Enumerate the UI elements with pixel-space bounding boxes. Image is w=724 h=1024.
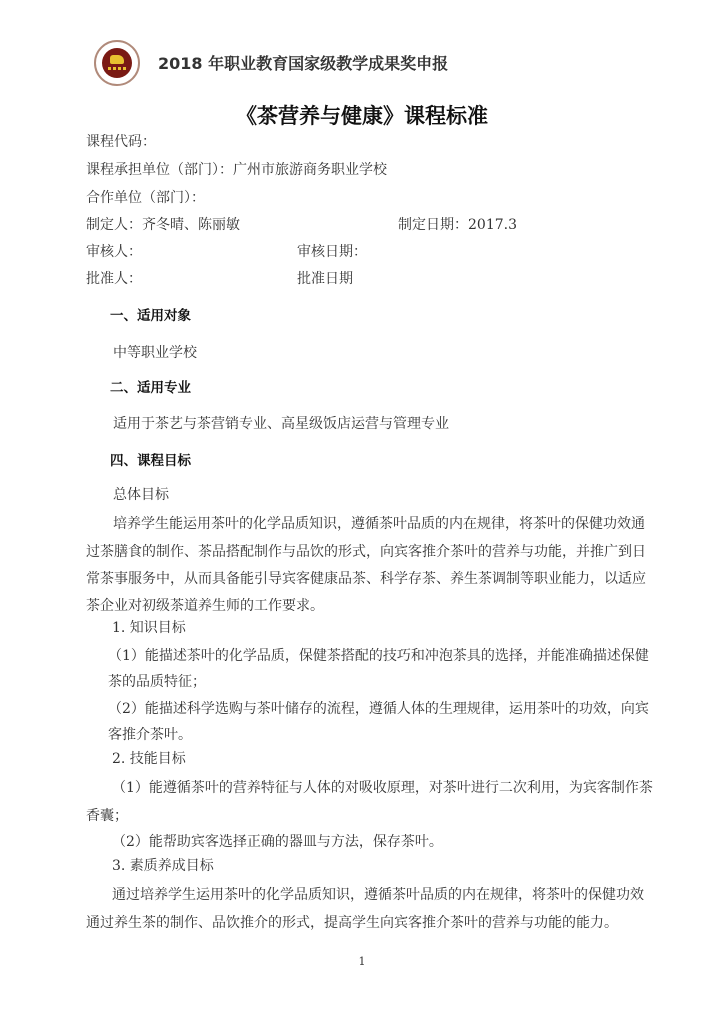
subsection-label: 1. 知识目标 [112, 617, 186, 637]
paragraph-line: （2）能帮助宾客选择正确的器皿与方法，保存茶叶。 [112, 831, 443, 851]
paragraph-line: 过茶膳食的制作、茶品搭配制作与品饮的形式，向宾客推介茶叶的营养与功能，并推广到日 [86, 541, 646, 561]
header-title: 2018 年职业教育国家级教学成果奖申报 [158, 51, 448, 74]
subsection-label: 总体目标 [113, 484, 169, 504]
subsection-label: 3. 素质养成目标 [112, 855, 214, 875]
section-body: 中等职业学校 [113, 342, 197, 362]
paragraph-line: 客推介茶叶。 [108, 724, 192, 744]
paragraph-line: （2）能描述科学选购与茶叶储存的流程，遵循人体的生理规律，运用茶叶的功效，向宾 [108, 698, 649, 718]
paragraph-line: 通过养生茶的制作、品饮推介的形式，提高学生向宾客推介茶叶的营养与功能的能力。 [86, 912, 618, 932]
paragraph-line: （1）能遵循茶叶的营养特征与人体的对吸收原理，对茶叶进行二次利用，为宾客制作茶 [112, 777, 653, 797]
paragraph-line: 香囊； [86, 805, 128, 825]
partner: 合作单位（部门）： [86, 187, 205, 207]
section-body: 适用于茶艺与茶营销专业、高星级饭店运营与管理专业 [113, 413, 449, 433]
author: 制定人：齐冬晴、陈丽敏 [86, 214, 240, 234]
paragraph-line: （1）能描述茶叶的化学品质，保健茶搭配的技巧和冲泡茶具的选择，并能准确描述保健 [108, 645, 649, 665]
section-heading: 四、课程目标 [110, 449, 191, 469]
paragraph-line: 培养学生能运用茶叶的化学品质知识，遵循茶叶品质的内在规律，将茶叶的保健功效通 [113, 513, 645, 533]
review-date: 审核日期： [297, 241, 367, 261]
paragraph-line: 通过培养学生运用茶叶的化学品质知识，遵循茶叶品质的内在规律，将茶叶的保健功效 [112, 884, 644, 904]
paragraph-line: 茶的品质特征； [108, 671, 206, 691]
reviewer: 审核人： [86, 241, 142, 261]
document-title: 《茶营养与健康》课程标准 [0, 100, 724, 130]
author-date: 制定日期：2017.3 [398, 214, 517, 234]
page-number: 1 [0, 955, 724, 968]
section-heading: 一、适用对象 [110, 304, 191, 324]
course-code: 课程代码： [86, 131, 156, 151]
department: 课程承担单位（部门）：广州市旅游商务职业学校 [86, 159, 387, 179]
approver: 批准人： [86, 268, 142, 288]
subsection-label: 2. 技能目标 [112, 748, 186, 768]
paragraph-line: 茶企业对初级茶道养生师的工作要求。 [86, 595, 324, 615]
approve-date: 批准日期 [297, 268, 353, 288]
section-heading: 二、适用专业 [110, 376, 191, 396]
paragraph-line: 常茶事服务中，从而具备能引导宾客健康品茶、科学存茶、养生茶调制等职业能力，以适应 [86, 568, 646, 588]
school-emblem-icon [94, 40, 140, 86]
